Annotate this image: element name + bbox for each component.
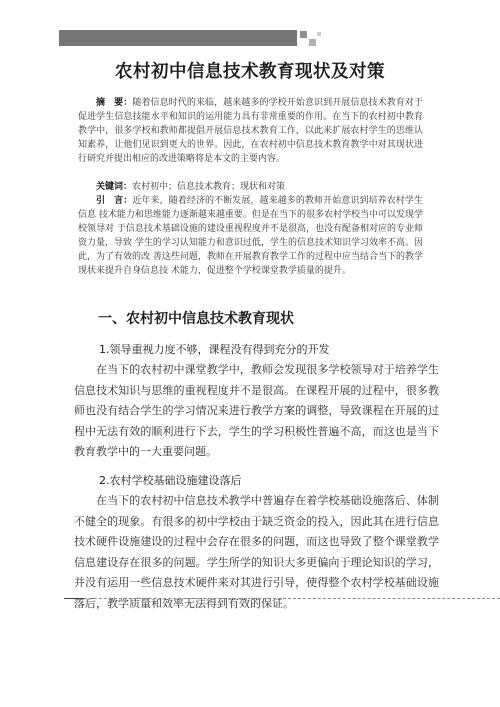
keywords-label: 关键词： xyxy=(96,182,132,192)
page-divider-solid xyxy=(64,598,84,599)
page-divider-dashed xyxy=(64,598,500,599)
paragraph-2: 在当下的农村初中信息技术教学中普遍存在着学校基础设施落后、体制不健全的现象。有很… xyxy=(74,491,439,614)
subsection-heading-1: 1.领导重视力度不够，课程没有得到充分的开发 xyxy=(99,341,330,357)
subsection-heading-2: 2.农村学校基础设施建设落后 xyxy=(99,472,242,488)
paragraph-1: 在当下的农村初中课堂教学中，教师会发现很多学校领导对于培养学生信息技术知识与思维… xyxy=(74,360,439,463)
header-decoration-square xyxy=(317,32,321,36)
header-decoration-bar xyxy=(59,30,297,46)
header-decoration-square xyxy=(309,39,316,46)
section-heading: 一、农村初中信息技术教育现状 xyxy=(98,308,294,328)
intro-label: 引 言： xyxy=(96,196,132,206)
header-decoration-square xyxy=(300,31,307,38)
abstract: 摘 要：随着信息时代的来临，越来越多的学校开始意识到开展信息技术教育对于促进学生… xyxy=(78,96,423,166)
introduction: 引 言：近年来，随着经济的不断发展，越来越多的教师开始意识到培养农村学生信息 技… xyxy=(78,194,423,278)
intro-text: 近年来，随着经济的不断发展，越来越多的教师开始意识到培养农村学生信息 技术能力和… xyxy=(78,196,423,276)
keywords-text: 农村初中；信息技术教育；现状和对策 xyxy=(132,182,285,192)
abstract-label: 摘 要： xyxy=(96,98,132,108)
document-title: 农村初中信息技术教育现状及对策 xyxy=(0,58,500,83)
keywords: 关键词：农村初中；信息技术教育；现状和对策 xyxy=(78,180,423,194)
